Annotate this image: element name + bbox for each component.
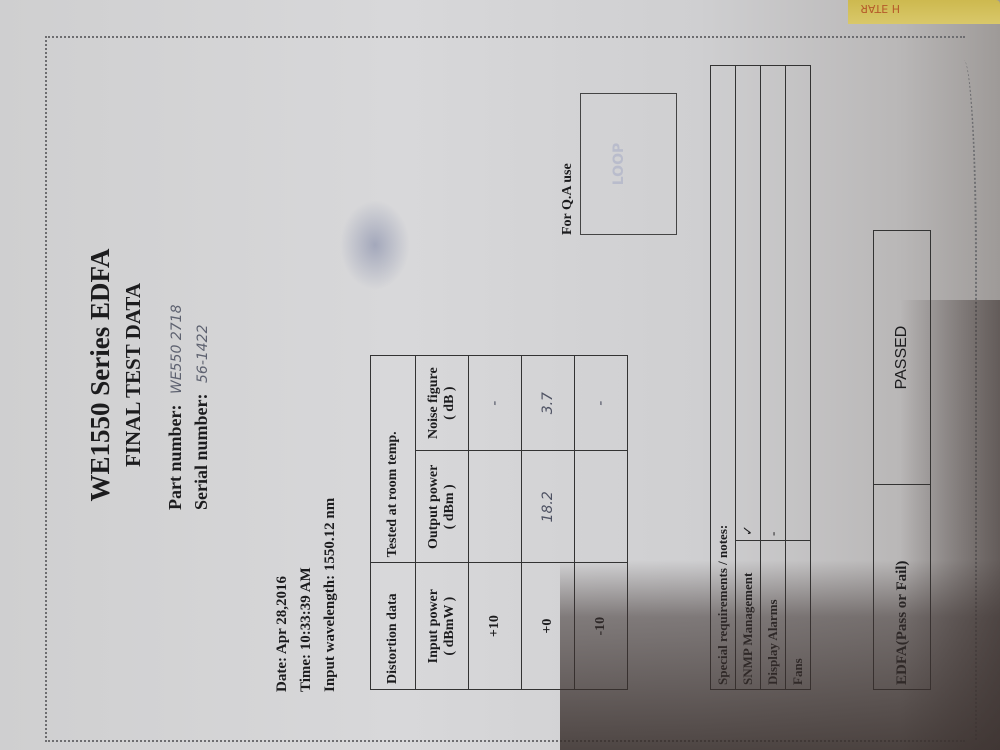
note-label: Display Alarms: [761, 541, 786, 690]
pass-fail-label: EDFA(Pass or Fail): [874, 485, 931, 690]
notes-header: Special requirements / notes:: [711, 66, 736, 690]
input-cell: -10: [575, 563, 628, 690]
distortion-title: Distortion data: [371, 563, 416, 690]
noise-cell: 3.7: [522, 356, 575, 451]
test-data-sheet: WE1550 Series EDFA FINAL TEST DATA Part …: [55, 30, 935, 720]
col-noise-figure: Noise figure( dB ): [416, 356, 469, 451]
output-cell: 18.2: [522, 451, 575, 563]
part-number-value: WE550 2718: [169, 305, 185, 395]
output-cell: [575, 451, 628, 563]
serial-number-value: 56-1422: [195, 325, 211, 384]
note-label: Fans: [786, 541, 811, 690]
table-row: -10 -: [575, 356, 628, 690]
background-sticker: ЯATE H: [848, 0, 1000, 24]
document-subtitle: FINAL TEST DATA: [121, 30, 146, 720]
col-output-power: Output power( dBm ): [416, 451, 469, 563]
ink-smudge: [340, 200, 410, 290]
input-cell: +10: [469, 563, 522, 690]
part-number-label: Part number:: [165, 405, 185, 510]
note-value: [786, 66, 811, 541]
serial-number: Serial number: 56-1422: [191, 325, 212, 511]
qa-label: For Q.A use: [560, 163, 576, 235]
test-metadata: Date: Apr 28,2016 Time: 10:33:39 AM Inpu…: [270, 498, 342, 692]
input-wavelength: Input wavelength: 1550.12 nm: [318, 498, 342, 692]
table-row: SNMP Management ✓: [736, 66, 761, 690]
distortion-condition: Tested at room temp.: [371, 356, 416, 563]
pass-fail-result: PASSED: [874, 231, 931, 485]
serial-number-label: Serial number:: [191, 394, 211, 511]
sticker-text: ЯATE H: [860, 2, 900, 15]
table-row: Fans: [786, 66, 811, 690]
col-input-unit: ( dBmW ): [442, 597, 457, 656]
output-cell: [469, 451, 522, 563]
col-input-power: Input power( dBmW ): [416, 563, 469, 690]
table-row: +0 18.2 3.7: [522, 356, 575, 690]
pass-fail-table: EDFA(Pass or Fail) PASSED: [873, 230, 931, 690]
test-date: Date: Apr 28,2016: [270, 498, 294, 692]
notes-table: Special requirements / notes: SNMP Manag…: [710, 65, 811, 690]
col-output-label: Output power: [426, 465, 441, 549]
note-value: -: [761, 66, 786, 541]
test-time: Time: 10:33:39 AM: [294, 498, 318, 692]
noise-cell: -: [469, 356, 522, 451]
qa-box: LOOP: [580, 93, 677, 235]
input-cell: +0: [522, 563, 575, 690]
distortion-table: Distortion data Tested at room temp. Inp…: [370, 355, 628, 690]
col-noise-label: Noise figure: [426, 367, 441, 439]
table-row: Display Alarms -: [761, 66, 786, 690]
part-number: Part number: WE550 2718: [165, 305, 186, 510]
document-title: WE1550 Series EDFA: [85, 30, 116, 720]
noise-cell: -: [575, 356, 628, 451]
table-row: +10 -: [469, 356, 522, 690]
note-label: SNMP Management: [736, 541, 761, 690]
qa-stamp: LOOP: [611, 134, 637, 194]
note-value: ✓: [736, 66, 761, 541]
col-output-unit: ( dBm ): [442, 484, 457, 529]
col-input-label: Input power: [426, 589, 441, 663]
page-dotted-border-right: [955, 60, 977, 740]
col-noise-unit: ( dB ): [442, 386, 457, 419]
